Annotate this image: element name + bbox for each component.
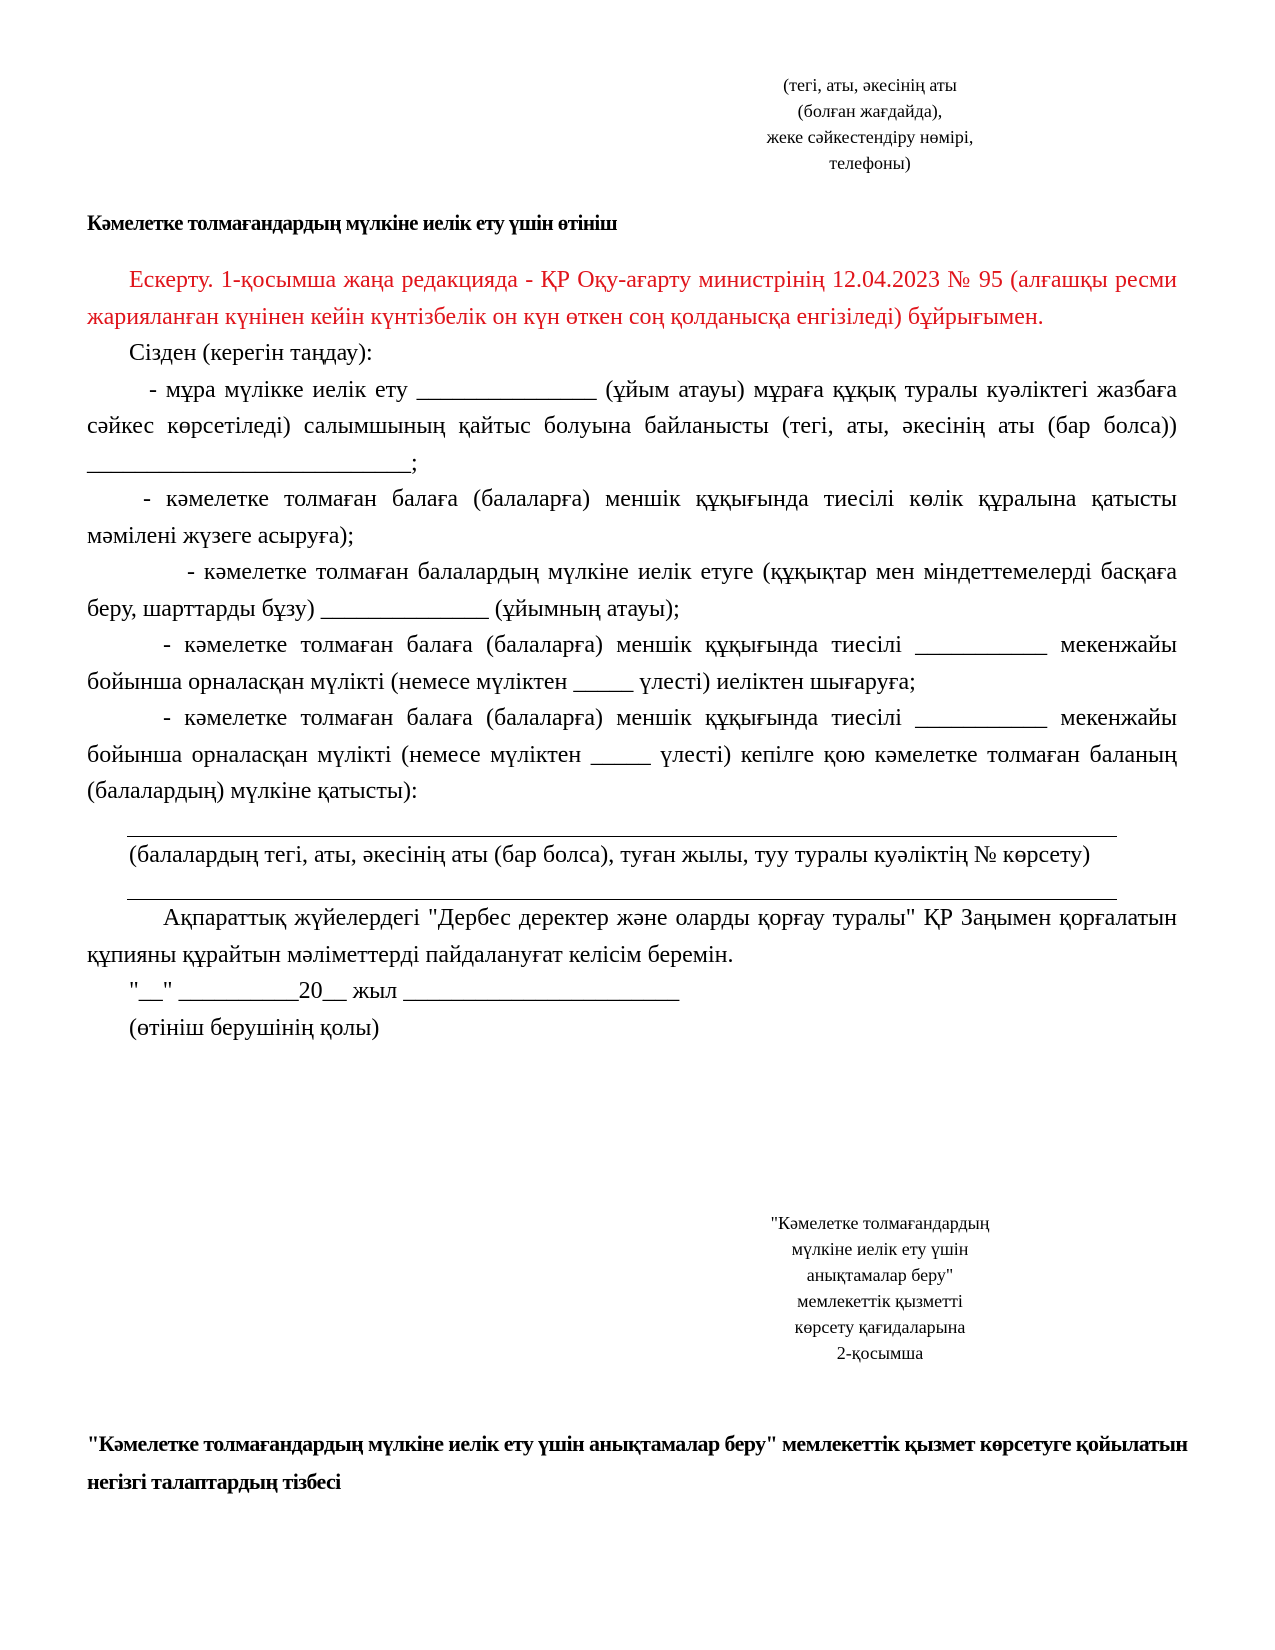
signature-caption: (өтініш берушінің қолы) bbox=[87, 1010, 1177, 1047]
applicant-line: (тегі, аты, әкесінің аты bbox=[700, 72, 1040, 98]
date-line[interactable]: "__" __________20__ жыл ________________… bbox=[87, 973, 1177, 1010]
option-pledge: - кәмелетке толмаған балаға (балаларға) … bbox=[87, 700, 1177, 810]
children-caption: (балалардың тегі, аты, әкесінің аты (бар… bbox=[87, 837, 1177, 874]
appendix-line: "Кәмелетке толмағандардың bbox=[730, 1210, 1030, 1236]
applicant-line: телефоны) bbox=[700, 150, 1040, 176]
appendix-line: мемлекеттік қызметті bbox=[730, 1288, 1030, 1314]
children-info-line[interactable] bbox=[127, 810, 1117, 837]
document-title: Кәмелетке толмағандардың мүлкіне иелік е… bbox=[87, 210, 1143, 236]
applicant-info-block: (тегі, аты, әкесінің аты (болған жағдайд… bbox=[700, 72, 1040, 176]
option-alienation: - кәмелетке толмаған балаға (балаларға) … bbox=[87, 627, 1177, 700]
option-vehicle: - кәмелетке толмаған балаға (балаларға) … bbox=[87, 481, 1177, 554]
amendment-note: Ескерту. 1-қосымша жаңа редакцияда - ҚР … bbox=[87, 262, 1177, 335]
option-property-rights: - кәмелетке толмаған балалардың мүлкіне … bbox=[87, 554, 1177, 627]
intro-text: Сізден (керегін таңдау): bbox=[87, 335, 1177, 372]
requirements-title: "Кәмелетке толмағандардың мүлкіне иелік … bbox=[87, 1425, 1207, 1501]
appendix-line: мүлкіне иелік ету үшін bbox=[730, 1236, 1030, 1262]
consent-text: Ақпараттық жүйелердегі "Дербес деректер … bbox=[87, 900, 1177, 973]
document-page: (тегі, аты, әкесінің аты (болған жағдайд… bbox=[0, 0, 1275, 1650]
option-inheritance: - мұра мүлікке иелік ету _______________… bbox=[87, 372, 1177, 482]
signature-block: "__" __________20__ жыл ________________… bbox=[87, 973, 1177, 1046]
document-body: Ескерту. 1-қосымша жаңа редакцияда - ҚР … bbox=[87, 262, 1177, 1046]
appendix-line: көрсету қағидаларына bbox=[730, 1314, 1030, 1340]
appendix-line: 2-қосымша bbox=[730, 1340, 1030, 1366]
appendix-reference: "Кәмелетке толмағандардың мүлкіне иелік … bbox=[730, 1210, 1030, 1366]
appendix-line: анықтамалар беру" bbox=[730, 1262, 1030, 1288]
children-info-line-2[interactable] bbox=[127, 873, 1117, 900]
applicant-line: (болған жағдайда), bbox=[700, 98, 1040, 124]
applicant-line: жеке сәйкестендіру нөмірі, bbox=[700, 124, 1040, 150]
